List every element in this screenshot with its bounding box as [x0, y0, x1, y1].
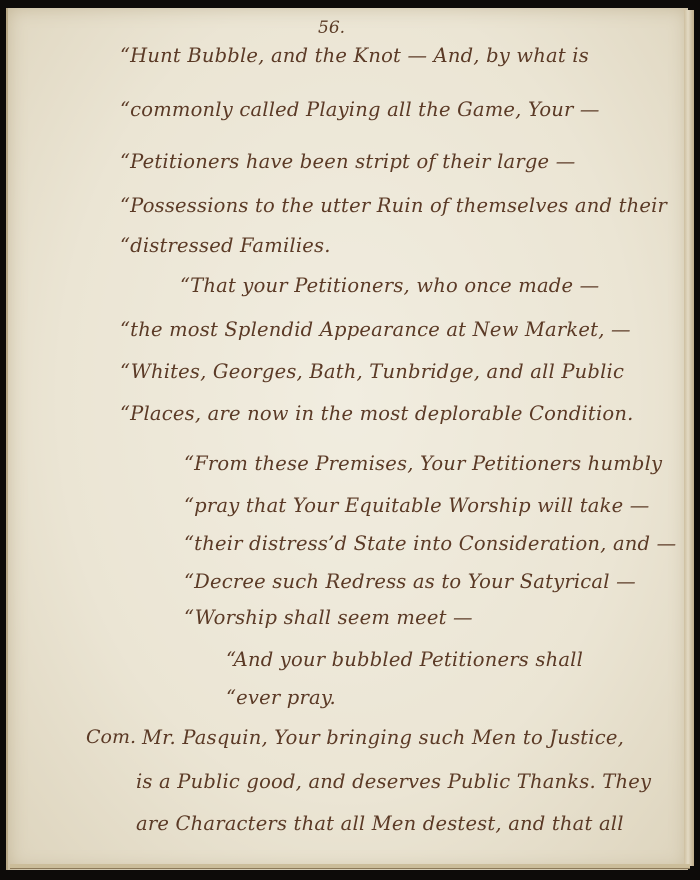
text-line: “Petitioners have been stript of their l… [120, 150, 575, 173]
text-line: “Possessions to the utter Ruin of themse… [120, 194, 667, 217]
next-page-edge [684, 10, 694, 866]
text-line: “their distress’d State into Considerati… [184, 532, 676, 555]
text-line: “ever pray. [226, 686, 336, 709]
text-line: “Decree such Redress as to Your Satyrica… [184, 570, 636, 593]
text-line: “the most Splendid Appearance at New Mar… [120, 318, 631, 341]
text-line: “distressed Families. [120, 234, 331, 257]
text-line: “That your Petitioners, who once made — [180, 274, 599, 297]
text-line: “Worship shall seem meet — [184, 606, 473, 629]
text-line: “And your bubbled Petitioners shall [226, 648, 583, 671]
speaker-label: Com. [86, 726, 136, 748]
text-line: “From these Premises, Your Petitioners h… [184, 452, 662, 475]
page-number: 56. [318, 18, 345, 38]
text-line: “Hunt Bubble, and the Knot — And, by wha… [120, 44, 589, 67]
page-bottom-edge [10, 864, 690, 869]
text-line: “Whites, Georges, Bath, Tunbridge, and a… [120, 360, 624, 383]
text-line: are Characters that all Men destest, and… [136, 812, 624, 835]
text-line: “Places, are now in the most deplorable … [120, 402, 634, 425]
text-line: Mr. Pasquin, Your bringing such Men to J… [142, 726, 624, 749]
text-line: is a Public good, and deserves Public Th… [136, 770, 651, 793]
text-line: “commonly called Playing all the Game, Y… [120, 98, 600, 121]
text-line: “pray that Your Equitable Worship will t… [184, 494, 649, 517]
